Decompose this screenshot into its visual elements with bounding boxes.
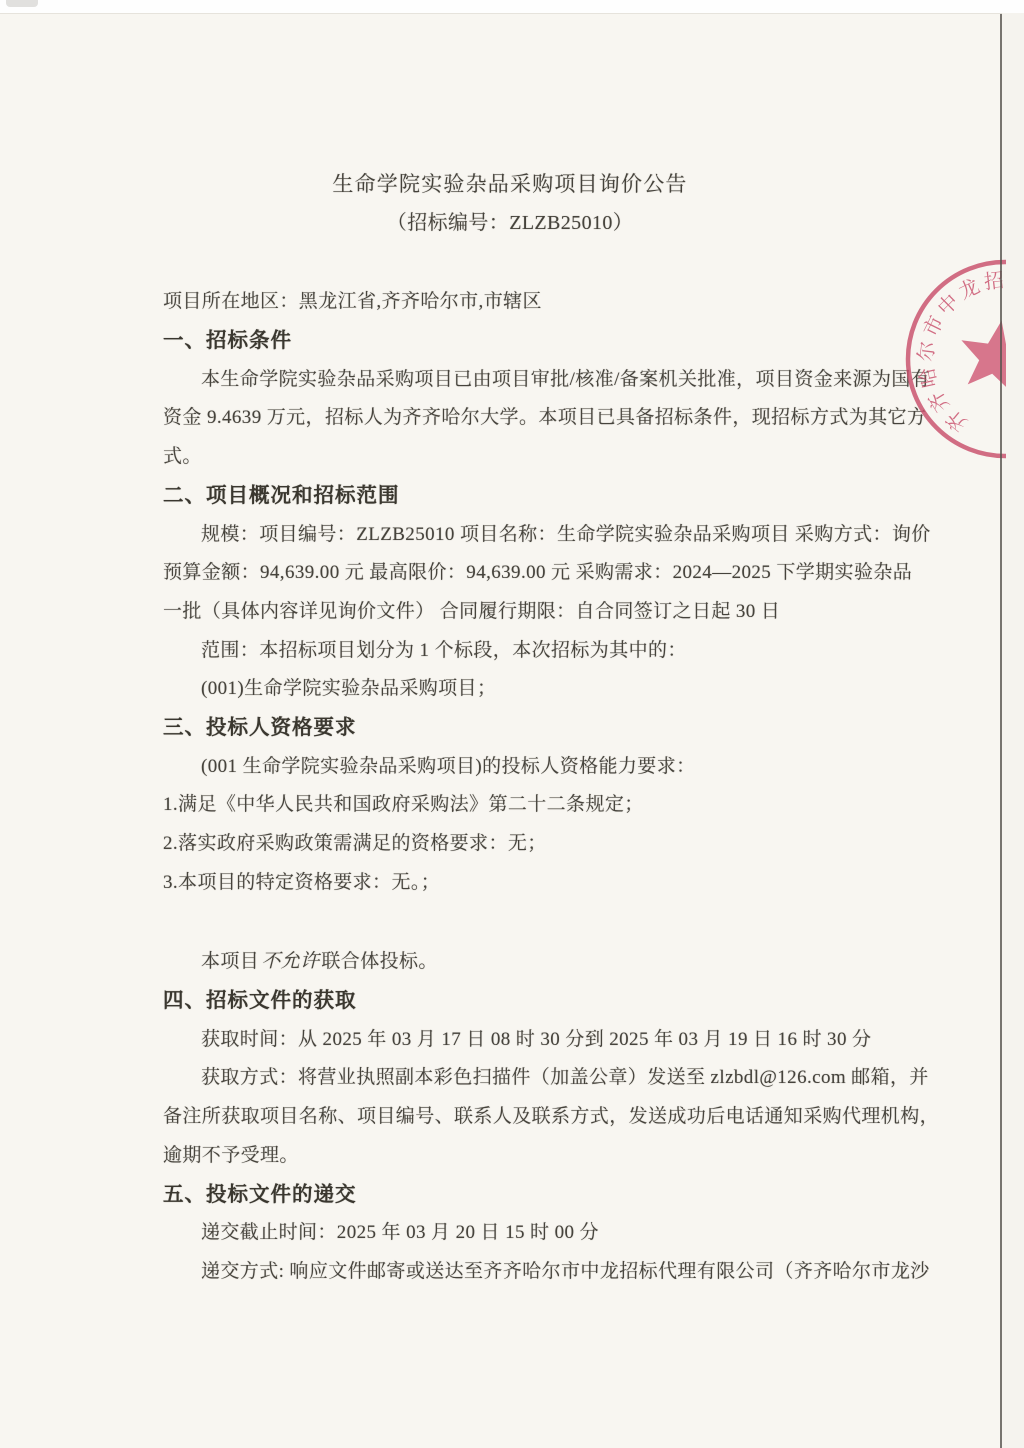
scan-corner-artifact: [6, 0, 38, 7]
section4-line: 备注所获取项目名称、项目编号、联系人及联系方式，发送成功后电话通知采购代理机构，: [163, 1098, 857, 1137]
joint-bid-not-allowed: 不允许: [259, 951, 321, 972]
section5-heading: 五、投标文件的递交: [163, 1176, 857, 1215]
section4-line: 逾期不予受理。: [163, 1137, 857, 1176]
section1-line: 资金 9.4639 万元，招标人为齐齐哈尔大学。本项目已具备招标条件，现招标方式…: [163, 399, 857, 438]
svg-text:齐齐哈尔市中龙招标代理有限公司: 齐齐哈尔市中龙招标代理有限公司: [914, 268, 1006, 436]
section2-line: 一批（具体内容详见询价文件） 合同履行期限：自合同签订之日起 30 日: [163, 593, 857, 632]
section2-line: 规模：项目编号：ZLZB25010 项目名称：生命学院实验杂品采购项目 采购方式…: [163, 516, 857, 555]
section3-heading: 三、投标人资格要求: [163, 709, 857, 748]
section2-heading: 二、项目概况和招标范围: [163, 477, 857, 516]
tender-code-line: （招标编号：ZLZB25010）: [163, 204, 857, 243]
section2-line: (001)生命学院实验杂品采购项目；: [163, 670, 857, 709]
section3-line: 1.满足《中华人民共和国政府采购法》第二十二条规定；: [163, 786, 857, 825]
section4-line: 获取方式：将营业执照副本彩色扫描件（加盖公章）发送至 zlzbdl@126.co…: [163, 1059, 857, 1098]
section1-line: 式。: [163, 438, 857, 477]
spacer: [163, 242, 857, 283]
section3-line: (001 生命学院实验杂品采购项目)的投标人资格能力要求：: [163, 748, 857, 787]
section2-line: 预算金额：94,639.00 元 最高限价：94,639.00 元 采购需求：2…: [163, 554, 857, 593]
seal-company-name: 齐齐哈尔市中龙招标代理有限公司: [914, 268, 1006, 436]
joint-bid-suffix: 联合体投标。: [321, 951, 437, 972]
scan-top-strip: [0, 0, 1024, 14]
section4-heading: 四、招标文件的获取: [163, 982, 857, 1021]
joint-bid-prefix: 本项目: [201, 951, 259, 972]
document-body: 生命学院实验杂品采购项目询价公告 （招标编号：ZLZB25010） 项目所在地区…: [163, 165, 857, 1292]
section1-heading: 一、招标条件: [163, 322, 857, 361]
section1-line: 本生命学院实验杂品采购项目已由项目审批/核准/备案机关批准，项目资金来源为国有: [163, 361, 857, 400]
section3-line: 2.落实政府采购政策需满足的资格要求：无；: [163, 825, 857, 864]
company-seal-stamp: 齐齐哈尔市中龙招标代理有限公司: [898, 248, 1006, 474]
section5-line: 递交方式: 响应文件邮寄或送达至齐齐哈尔市中龙招标代理有限公司（齐齐哈尔市龙沙: [163, 1253, 857, 1292]
project-location-line: 项目所在地区：黑龙江省,齐齐哈尔市,市辖区: [163, 283, 857, 322]
scanned-page: 生命学院实验杂品采购项目询价公告 （招标编号：ZLZB25010） 项目所在地区…: [0, 0, 1024, 1448]
spacer: [163, 902, 857, 943]
section2-line: 范围：本招标项目划分为 1 个标段，本次招标为其中的：: [163, 632, 857, 671]
joint-bid-line: 本项目不允许联合体投标。: [163, 943, 857, 982]
scan-fold-line: [1000, 14, 1002, 1448]
section5-line: 递交截止时间：2025 年 03 月 20 日 15 时 00 分: [163, 1214, 857, 1253]
scan-right-strip: [1002, 13, 1024, 1448]
section3-line: 3.本项目的特定资格要求：无。；: [163, 864, 857, 903]
document-title: 生命学院实验杂品采购项目询价公告: [163, 165, 857, 204]
section4-line: 获取时间：从 2025 年 03 月 17 日 08 时 30 分到 2025 …: [163, 1021, 857, 1060]
